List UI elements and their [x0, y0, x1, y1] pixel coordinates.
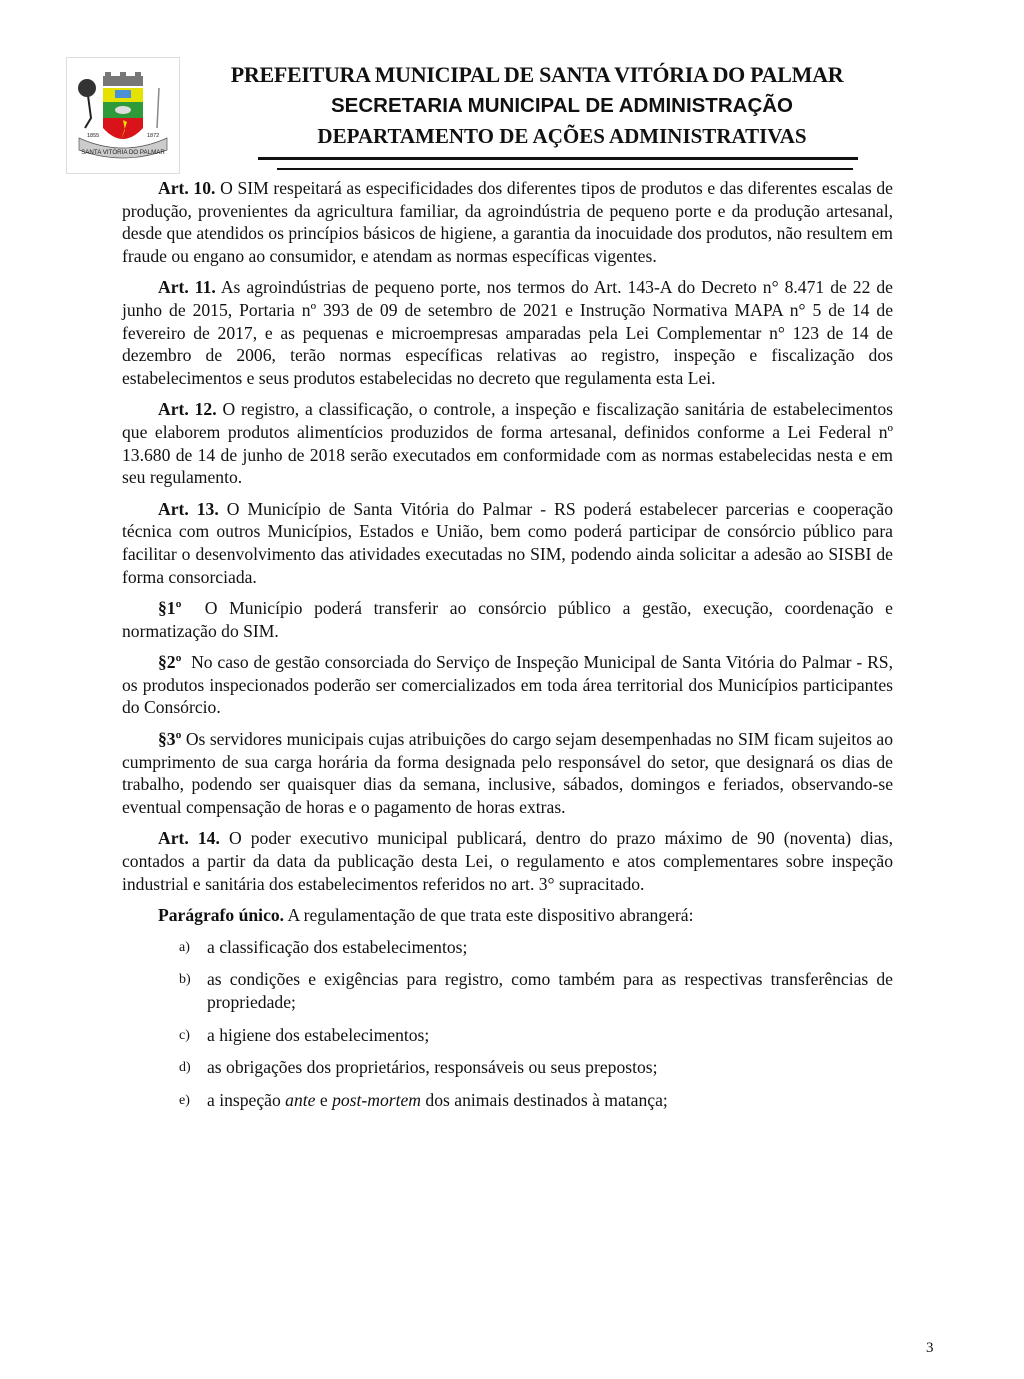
article-12: Art. 12. O registro, a classificação, o …	[122, 398, 893, 488]
page-number: 3	[926, 1340, 934, 1357]
header-divider-thick	[258, 157, 858, 160]
list-item: c)a higiene dos estabelecimentos;	[122, 1024, 893, 1047]
header-departamento-title: DEPARTAMENTO DE AÇÕES ADMINISTRATIVAS	[282, 124, 842, 149]
municipal-coat-of-arms-logo: SANTA VITÓRIA DO PALMAR 1855 1872	[66, 57, 180, 174]
document-body: Art. 10. O SIM respeitará as especificid…	[122, 177, 893, 1121]
list-item: e)a inspeção ante e post-mortem dos anim…	[122, 1089, 893, 1112]
article-10: Art. 10. O SIM respeitará as especificid…	[122, 177, 893, 267]
header-divider-thin	[277, 168, 853, 170]
svg-text:SANTA VITÓRIA DO PALMAR: SANTA VITÓRIA DO PALMAR	[81, 149, 165, 156]
document-page: SANTA VITÓRIA DO PALMAR 1855 1872 PREFEI…	[0, 0, 1024, 1379]
svg-text:1872: 1872	[147, 133, 159, 139]
regulation-items-list: a)a classificação dos estabelecimentos; …	[122, 936, 893, 1112]
svg-text:1855: 1855	[87, 133, 99, 139]
header-prefeitura-title: PREFEITURA MUNICIPAL DE SANTA VITÓRIA DO…	[212, 62, 862, 88]
list-item: b)as condições e exigências para registr…	[122, 968, 893, 1013]
article-13: Art. 13. O Município de Santa Vitória do…	[122, 498, 893, 588]
list-item: d)as obrigações dos proprietários, respo…	[122, 1056, 893, 1079]
article-11: Art. 11. As agroindústrias de pequeno po…	[122, 276, 893, 389]
article-14: Art. 14. O poder executivo municipal pub…	[122, 827, 893, 895]
list-item: a)a classificação dos estabelecimentos;	[122, 936, 893, 959]
coat-of-arms-icon: SANTA VITÓRIA DO PALMAR 1855 1872	[67, 58, 179, 173]
paragrafo-unico: Parágrafo único. A regulamentação de que…	[122, 904, 893, 927]
article-13-paragraph-1: §1º O Município poderá transferir ao con…	[122, 597, 893, 642]
article-13-paragraph-2: §2º No caso de gestão consorciada do Ser…	[122, 651, 893, 719]
article-13-paragraph-3: §3º Os servidores municipais cujas atrib…	[122, 728, 893, 818]
header-secretaria-title: SECRETARIA MUNICIPAL DE ADMINISTRAÇÃO	[262, 94, 862, 118]
